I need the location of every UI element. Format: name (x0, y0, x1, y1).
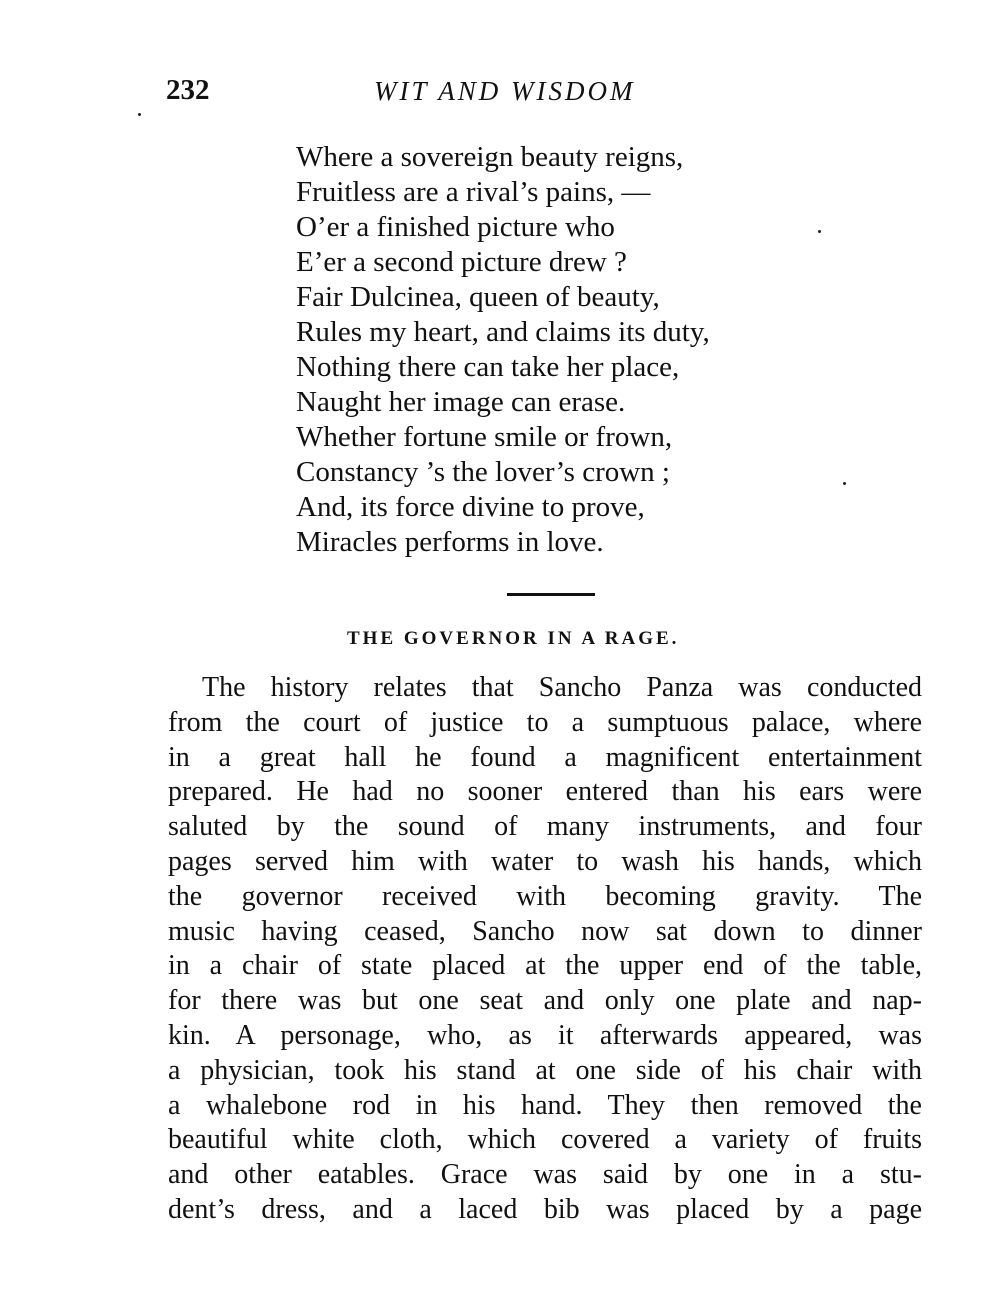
paragraph-line: a whalebone rod in his hand. They then r… (168, 1089, 922, 1124)
poem-line: Fruitless are a rival’s pains, — (296, 175, 710, 210)
paragraph-line: pages served him with water to wash his … (168, 845, 922, 880)
poem-line: Where a sovereign beauty reigns, (296, 140, 710, 175)
section-divider (507, 593, 595, 596)
poem-line: Miracles performs in love. (296, 525, 710, 560)
paragraph-line: for there was but one seat and only one … (168, 984, 922, 1019)
paragraph-line: dent’s dress, and a laced bib was placed… (168, 1193, 922, 1228)
paragraph-line: saluted by the sound of many instruments… (168, 810, 922, 845)
poem-line: O’er a finished picture who (296, 210, 710, 245)
paragraph-line: beautiful white cloth, which covered a v… (168, 1123, 922, 1158)
paragraph-line: from the court of justice to a sumptuous… (168, 706, 922, 741)
poem-line: E’er a second picture drew ? (296, 245, 710, 280)
running-title: WIT AND WISDOM (374, 76, 636, 107)
poem-line: And, its force divine to prove, (296, 490, 710, 525)
poem-line: Naught her image can erase. (296, 385, 710, 420)
section-title: THE GOVERNOR IN A RAGE. (347, 628, 679, 650)
poem-line: Whether fortune smile or frown, (296, 420, 710, 455)
body-paragraph: The history relates that Sancho Panza wa… (168, 671, 922, 1228)
poem: Where a sovereign beauty reigns, Fruitle… (296, 140, 710, 560)
paragraph-line: in a chair of state placed at the upper … (168, 949, 922, 984)
scan-speck (818, 230, 821, 233)
paragraph-line: and other eatables. Grace was said by on… (168, 1158, 922, 1193)
scan-speck (843, 482, 846, 485)
paragraph-line: prepared. He had no sooner entered than … (168, 775, 922, 810)
paragraph-line: The history relates that Sancho Panza wa… (168, 671, 922, 706)
poem-line: Rules my heart, and claims its duty, (296, 315, 710, 350)
page-number: 232 (166, 74, 210, 107)
paragraph-line: the governor received with becoming grav… (168, 880, 922, 915)
poem-line: Nothing there can take her place, (296, 350, 710, 385)
paragraph-line: a physician, took his stand at one side … (168, 1054, 922, 1089)
paragraph-line: music having ceased, Sancho now sat down… (168, 915, 922, 950)
paragraph-line: kin. A personage, who, as it afterwards … (168, 1019, 922, 1054)
poem-line: Constancy ’s the lover’s crown ; (296, 455, 710, 490)
paragraph-line: in a great hall he found a magnificent e… (168, 741, 922, 776)
scan-speck (138, 113, 141, 116)
poem-line: Fair Dulcinea, queen of beauty, (296, 280, 710, 315)
